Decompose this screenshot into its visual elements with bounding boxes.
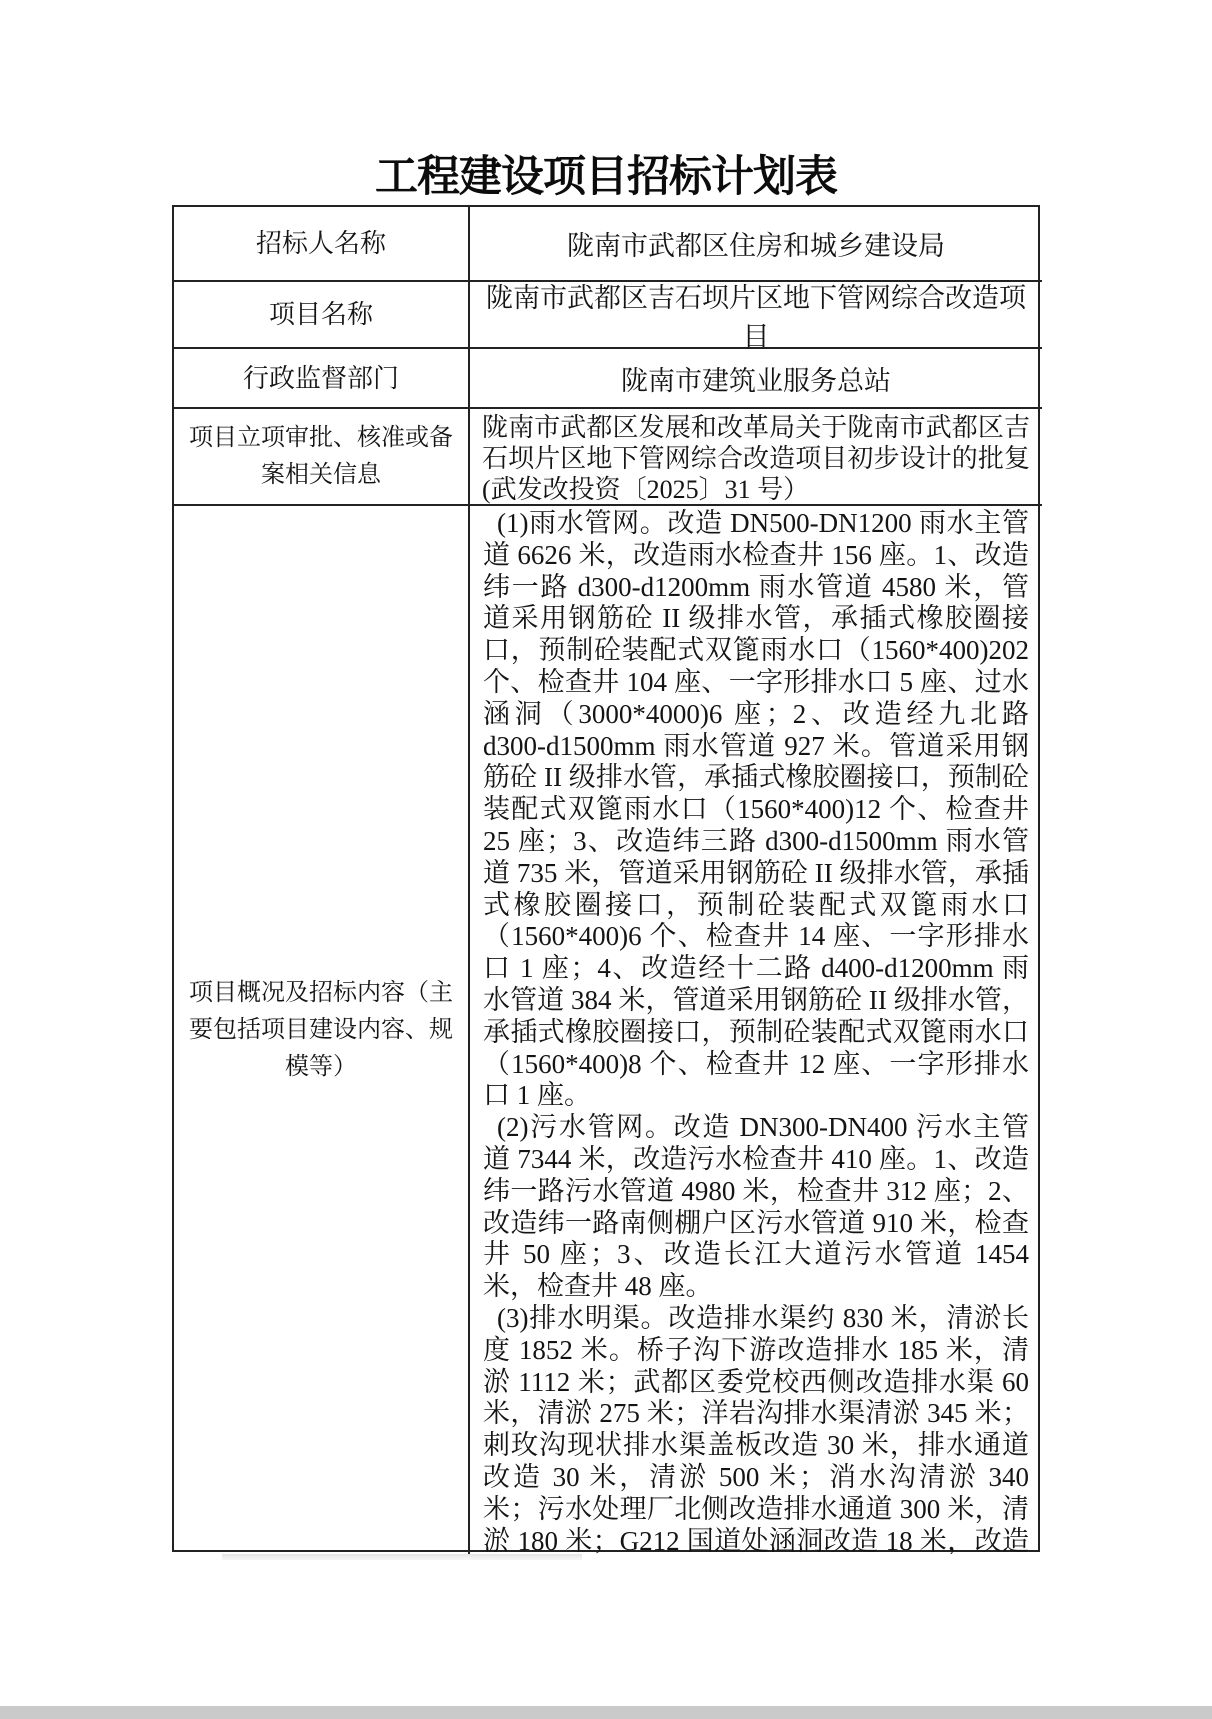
row-label-project-overview: 项目概况及招标内容（主 要包括项目建设内容、规 模等） [174,504,468,1554]
row-label-approval-info: 项目立项审批、核准或备 案相关信息 [174,407,468,504]
table-bottom-shadow [222,1554,582,1560]
content-paragraph: (2)污水管网。改造 DN300-DN400 污水主管道 7344 米，改造污水… [483,1112,1029,1303]
row-value-project-name: 陇南市武都区吉石坝片区地下管网综合改造项目 [468,280,1042,347]
row-label-tenderer-name: 招标人名称 [174,207,468,280]
row-label-project-name: 项目名称 [174,280,468,347]
row-value-project-overview: (1)雨水管网。改造 DN500-DN1200 雨水主管道 6626 米，改造雨… [468,504,1042,1554]
bottom-gray-bar [0,1706,1212,1719]
document-page: 工程建设项目招标计划表 招标人名称 陇南市武都区住房和城乡建设局 项目名称 陇南… [0,0,1212,1719]
document-title: 工程建设项目招标计划表 [172,143,1040,204]
row-value-tenderer-name: 陇南市武都区住房和城乡建设局 [468,207,1042,280]
row-value-approval-info: 陇南市武都区发展和改革局关于陇南市武都区吉石坝片区地下管网综合改造项目初步设计的… [468,407,1042,504]
bidding-plan-table: 招标人名称 陇南市武都区住房和城乡建设局 项目名称 陇南市武都区吉石坝片区地下管… [172,205,1040,1552]
content-paragraph: (3)排水明渠。改造排水渠约 830 米，清淤长度 1852 米。桥子沟下游改造… [483,1303,1029,1554]
row-value-supervision-department: 陇南市建筑业服务总站 [468,347,1042,407]
content-paragraph: (1)雨水管网。改造 DN500-DN1200 雨水主管道 6626 米，改造雨… [483,508,1029,1112]
row-label-supervision-department: 行政监督部门 [174,347,468,407]
